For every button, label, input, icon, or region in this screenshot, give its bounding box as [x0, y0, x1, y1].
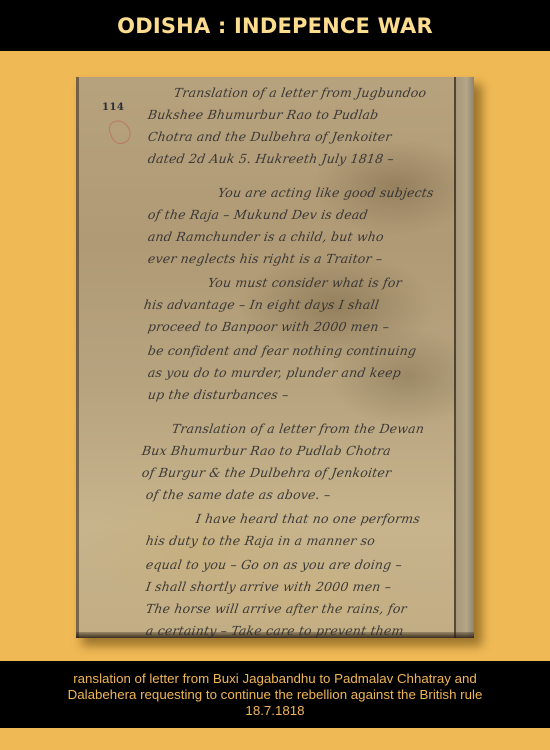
handwritten-line: up the disturbances –	[147, 387, 290, 402]
handwritten-line: Translation of a letter from Jugbundoo	[173, 85, 427, 100]
page-title: ODISHA : INDEPENCE WAR	[117, 14, 433, 38]
handwritten-line: his duty to the Raja in a manner so	[145, 533, 376, 548]
handwritten-line: The horse will arrive after the rains, f…	[145, 601, 408, 616]
handwritten-line: I have heard that no one performs	[195, 511, 421, 526]
handwritten-line: of the same date as above. –	[145, 487, 332, 502]
handwritten-line: and Ramchunder is a child, but who	[147, 229, 385, 244]
title-bar: ODISHA : INDEPENCE WAR	[0, 0, 550, 51]
handwritten-line: I shall shortly arrive with 2000 men –	[145, 579, 392, 594]
handwritten-line: of the Raja – Mukund Dev is dead	[147, 207, 369, 222]
handwritten-line: You are acting like good subjects	[217, 185, 435, 200]
handwritten-line: his advantage – In eight days I shall	[143, 297, 380, 312]
caption-line-2: Dalabehera requesting to continue the re…	[0, 687, 550, 703]
caption-line-3: 18.7.1818	[0, 703, 550, 719]
historical-letter-image: 114 Translation of a letter from Jugbund…	[76, 77, 474, 638]
caption-bar: ranslation of letter from Buxi Jagabandh…	[0, 661, 550, 728]
handwritten-line: equal to you – Go on as you are doing –	[145, 557, 403, 572]
handwritten-line: Chotra and the Dulbehra of Jenkoiter	[147, 129, 393, 144]
handwritten-line: of Burgur & the Dulbehra of Jenkoiter	[141, 465, 392, 480]
handwritten-line: a certainty – Take care to prevent them	[145, 623, 405, 638]
handwritten-line: Bukshee Bhumurbur Rao to Pudlab	[147, 107, 380, 122]
handwritten-line: ever neglects his right is a Traitor –	[147, 251, 384, 266]
handwritten-text: Translation of a letter from JugbundooBu…	[76, 77, 474, 638]
caption-line-1: ranslation of letter from Buxi Jagabandh…	[0, 671, 550, 687]
handwritten-line: You must consider what is for	[207, 275, 403, 290]
handwritten-line: dated 2d Auk 5. Hukreeth July 1818 –	[147, 151, 395, 166]
handwritten-line: Translation of a letter from the Dewan	[171, 421, 425, 436]
handwritten-line: proceed to Banpoor with 2000 men –	[147, 319, 390, 334]
handwritten-line: be confident and fear nothing continuing	[147, 343, 417, 358]
bottom-strip	[0, 728, 550, 750]
handwritten-line: as you do to murder, plunder and keep	[147, 365, 402, 380]
handwritten-line: Bux Bhumurbur Rao to Pudlab Chotra	[141, 443, 392, 458]
